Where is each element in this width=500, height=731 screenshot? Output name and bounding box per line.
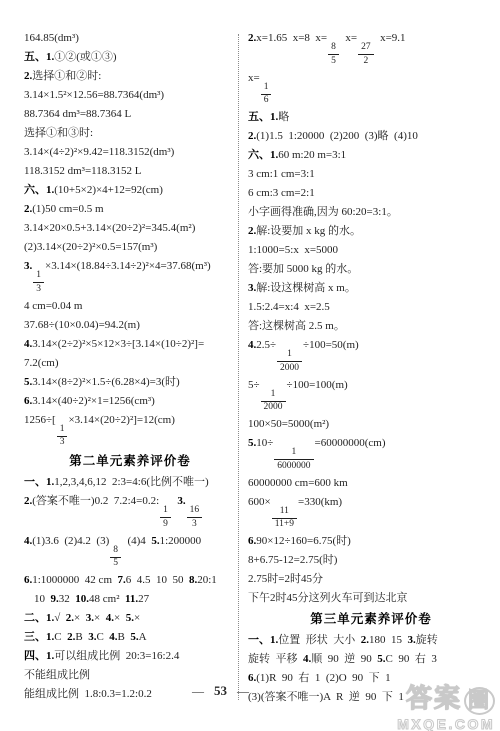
answer-line: 2.(1)1.5 1:20000 (2)200 (3)略 (4)10 [248, 130, 494, 144]
footer-dash-left: — [192, 684, 204, 698]
watermark-logo: 答案圈 [397, 685, 495, 715]
answer-text: =330(km) [298, 496, 342, 508]
answer-text: (3)(答案不唯一)A R 逆 90 下 1 [248, 691, 404, 703]
item-number: 2. [24, 70, 32, 82]
answer-line: 一、1.1,2,3,4,6,12 2:3=4:6(比例不唯一) [24, 476, 236, 490]
answer-line: 2.解:设要加 x kg 的水。 [248, 225, 494, 239]
answer-line: 五、1.①②(或①③) [24, 51, 236, 65]
item-number: 9. [51, 593, 59, 605]
answer-text: 解:设这棵树高 x m。 [256, 282, 356, 294]
answer-text: × [134, 612, 140, 624]
answer-text: 顺 90 逆 90 [311, 653, 377, 665]
item-number: 3. [408, 634, 416, 646]
answer-line: 六、1.(10+5×2)×4+12=92(cm) [24, 184, 236, 198]
answer-text: (1)3.6 (2)4.2 (3) [32, 535, 109, 547]
answer-line: 5.10÷16000000=60000000(cm) [248, 437, 494, 471]
answer-text: 选择①和②时: [32, 70, 101, 82]
answer-text: 不能组成比例 [24, 669, 90, 681]
left-column: 164.85(dm³)五、1.①②(或①③)2.选择①和②时:3.14×1.5²… [24, 32, 236, 707]
item-number: 三、1. [24, 631, 54, 643]
answer-line: 37.68÷(10×0.04)=94.2(m) [24, 319, 236, 333]
section-heading: 第三单元素养评价卷 [248, 613, 494, 627]
answer-text: 下午2时45分这列火车可到达北京 [248, 592, 408, 604]
answer-text: 4 cm=0.04 m [24, 300, 82, 312]
answer-line: 600×1111+9=330(km) [248, 496, 494, 530]
item-number: 6. [248, 672, 256, 684]
answer-text: 6 cm:3 cm=2:1 [248, 187, 315, 199]
item-number: 4. [24, 338, 32, 350]
answer-text: ÷100=100(m) [287, 379, 348, 391]
item-number: 2. [361, 634, 369, 646]
answer-text: 3.14×1.5²×12.56=88.7364(dm³) [24, 89, 164, 101]
item-number: 5. [248, 437, 256, 449]
item-number: 5. [151, 535, 159, 547]
answer-line: 2.(1)50 cm=0.5 m [24, 203, 236, 217]
fraction: 16000000 [274, 448, 313, 471]
answer-text: 164.85(dm³) [24, 32, 79, 44]
answer-line: 10 9.32 10.48 cm² 11.27 [24, 593, 236, 607]
answer-text: (答案不唯一)0.2 7.2:4=0.2: [32, 495, 159, 507]
answer-text: 略 [278, 111, 289, 123]
answer-line: 3.解:设这棵树高 x m。 [248, 282, 494, 296]
answer-text: 1.5:2.4=x:4 x=2.5 [248, 301, 330, 313]
watermark-brand-text: 答案 [406, 683, 462, 713]
item-number: 五、1. [248, 111, 278, 123]
answer-line: 2.(答案不唯一)0.2 7.2:4=0.2:19 3.163 [24, 495, 236, 529]
item-number: 5. [377, 653, 385, 665]
answer-line: 3.14×(4÷2)²×9.42=118.3152(dm³) [24, 146, 236, 160]
answer-text: 60000000 cm=600 km [248, 477, 348, 489]
answer-line: 4 cm=0.04 m [24, 300, 236, 314]
fraction: 163 [187, 506, 203, 529]
right-column: 2.x=1.65 x=8 x=85 x=272 x=9.1x=16五、1.略2.… [248, 32, 494, 710]
fraction: 16 [261, 83, 272, 106]
answer-line: 选择①和③时: [24, 127, 236, 141]
answer-line: 四、1.可以组成比例 20:3=16:2.4 [24, 650, 236, 664]
answer-line: 三、1.C 2.B 3.C 4.B 5.A [24, 631, 236, 645]
item-number: 一、1. [24, 476, 54, 488]
answer-text: 60 m:20 m=3:1 [278, 149, 346, 161]
answer-text: ×3.14×(20÷2)²]=12(cm) [68, 414, 174, 426]
answer-text: 48 cm² [89, 593, 125, 605]
item-number: 5. [24, 376, 32, 388]
answer-line: 答:要加 5000 kg 的水。 [248, 263, 494, 277]
item-number: 6. [248, 535, 256, 547]
answer-text: B [118, 631, 131, 643]
answer-line: 小字画得准确,因为 60:20=3:1。 [248, 206, 494, 220]
answer-line: 3.13×3.14×(18.84÷3.14÷2)²×4=37.68(m³) [24, 260, 236, 294]
item-number: 7. [118, 574, 126, 586]
answer-line: 118.3152 dm³=118.3152 L [24, 165, 236, 179]
answer-line: x=16 [248, 72, 494, 106]
answer-text: x=9.1 [375, 32, 406, 44]
fraction: 85 [110, 546, 121, 569]
answer-line: 100×50=5000(m²) [248, 418, 494, 432]
answer-line: 2.75时=2时45分 [248, 573, 494, 587]
item-number: 3. [248, 282, 256, 294]
answer-line: 164.85(dm³) [24, 32, 236, 46]
answer-text: B [75, 631, 88, 643]
answer-line: 1:1000=5:x x=5000 [248, 244, 494, 258]
answer-line: 8+6.75-12=2.75(时) [248, 554, 494, 568]
answer-text: 1256÷[ [24, 414, 56, 426]
answer-text: 3.14×20×0.5+3.14×(20÷2)²=345.4(m²) [24, 222, 195, 234]
answer-text: =60000000(cm) [315, 437, 386, 449]
answer-line: 不能组成比例 [24, 669, 236, 683]
answer-line: 6 cm:3 cm=2:1 [248, 187, 494, 201]
item-number: 二、1. [24, 612, 54, 624]
item-number: 3. [177, 495, 185, 507]
answer-text: (2)3.14×(20÷2)²×0.5=157(m³) [24, 241, 157, 253]
answer-line: 六、1.60 m:20 m=3:1 [248, 149, 494, 163]
item-number: 11. [125, 593, 138, 605]
answer-line: 3 cm:1 cm=3:1 [248, 168, 494, 182]
answer-text: 20:1 [197, 574, 217, 586]
answer-line: 2.选择①和②时: [24, 70, 236, 84]
item-number: 5. [126, 612, 134, 624]
item-number: 一、1. [248, 634, 278, 646]
answer-line: 下午2时45分这列火车可到达北京 [248, 592, 494, 606]
fraction: 13 [33, 271, 44, 294]
answer-text: (1)R 90 右 1 (2)O 90 下 1 [256, 672, 390, 684]
answer-text: 旋转 平移 [248, 653, 303, 665]
answer-line: 5÷12000÷100=100(m) [248, 379, 494, 413]
column-divider [238, 34, 239, 700]
answer-line: 6.90×12÷160=6.75(时) [248, 535, 494, 549]
item-number: 五、1. [24, 51, 54, 63]
answer-text: C [96, 631, 109, 643]
answer-text: 8+6.75-12=2.75(时) [248, 554, 337, 566]
item-number: 3. [86, 612, 94, 624]
answer-line: 二、1.√ 2.× 3.× 4.× 5.× [24, 612, 236, 626]
answer-text: (1)50 cm=0.5 m [32, 203, 103, 215]
answer-text: 可以组成比例 20:3=16:2.4 [54, 650, 179, 662]
answer-line: 4.3.14×(2÷2)²×5×12×3÷[3.14×(10÷2)²]= [24, 338, 236, 352]
answer-line: 6.1:1000000 42 cm 7.6 4.5 10 50 8.20:1 [24, 574, 236, 588]
answer-text: 能组成比例 1.8:0.3=1.2:0.2 [24, 688, 152, 700]
answer-text: 7.2(cm) [24, 357, 59, 369]
answer-text: 5÷ [248, 379, 260, 391]
item-number: 6. [24, 574, 32, 586]
answer-text: 位置 形状 大小 [278, 634, 361, 646]
answer-line: (2)3.14×(20÷2)²×0.5=157(m³) [24, 241, 236, 255]
item-number: 3. [24, 260, 32, 272]
answer-text: 6 4.5 10 50 [126, 574, 189, 586]
item-number: 四、1. [24, 650, 54, 662]
answer-text: 旋转 [416, 634, 438, 646]
footer-dash-right: — [237, 684, 249, 698]
answer-text: 1:1000000 42 cm [32, 574, 117, 586]
item-number: 六、1. [248, 149, 278, 161]
answer-line: 旋转 平移 4.顺 90 逆 90 5.C 90 右 3 [248, 653, 494, 667]
answer-text: 3.14×(40÷2)²×1=1256(cm³) [32, 395, 155, 407]
answer-text: 10÷ [256, 437, 273, 449]
answer-text: 2.5÷ [256, 339, 276, 351]
answer-line: 5.3.14×(8÷2)²×1.5÷(6.28×4)=3(时) [24, 376, 236, 390]
answer-line: 7.2(cm) [24, 357, 236, 371]
answer-line: 1.5:2.4=x:4 x=2.5 [248, 301, 494, 315]
section-heading: 第二单元素养评价卷 [24, 455, 236, 469]
answer-text: C 90 右 3 [386, 653, 437, 665]
fraction: 272 [358, 43, 374, 66]
answer-text: 3.14×(2÷2)²×5×12×3÷[3.14×(10÷2)²]= [32, 338, 204, 350]
item-number: 6. [24, 395, 32, 407]
answer-text: 88.7364 dm³=88.7364 L [24, 108, 131, 120]
item-number: 4. [248, 339, 256, 351]
item-number: 2. [248, 225, 256, 237]
item-number: 8. [189, 574, 197, 586]
answer-text: x= [340, 32, 357, 44]
answer-text: 解:设要加 x kg 的水。 [256, 225, 361, 237]
item-number: 10. [75, 593, 89, 605]
answer-text: 1:200000 [160, 535, 202, 547]
answer-line: 6.3.14×(40÷2)²×1=1256(cm³) [24, 395, 236, 409]
answer-text: 180 15 [369, 634, 408, 646]
item-number: 2. [66, 612, 74, 624]
watermark-site: MXQE.COM [397, 717, 495, 731]
answer-text: 3 cm:1 cm=3:1 [248, 168, 315, 180]
answer-text: × [114, 612, 126, 624]
item-number: 4. [24, 535, 32, 547]
answer-text: 选择①和③时: [24, 127, 93, 139]
answer-text: 2.75时=2时45分 [248, 573, 323, 585]
watermark: 答案圈 MXQE.COM [397, 685, 495, 731]
item-number: 4. [106, 612, 114, 624]
answer-text: 3.14×(8÷2)²×1.5÷(6.28×4)=3(时) [32, 376, 179, 388]
item-number: 六、1. [24, 184, 54, 196]
answer-line: 1256÷[13×3.14×(20÷2)²]=12(cm) [24, 414, 236, 448]
item-number: 4. [303, 653, 311, 665]
answer-text: x=1.65 x=8 x= [256, 32, 327, 44]
fraction: 12000 [277, 350, 302, 373]
fraction: 12000 [261, 390, 286, 413]
page-footer: —53— [192, 683, 249, 699]
answer-line: 一、1.位置 形状 大小 2.180 15 3.旋转 [248, 634, 494, 648]
answer-text: 第三单元素养评价卷 [310, 612, 432, 626]
answer-text: 小字画得准确,因为 60:20=3:1。 [248, 206, 398, 218]
answer-line: 60000000 cm=600 km [248, 477, 494, 491]
answer-line: 3.14×1.5²×12.56=88.7364(dm³) [24, 89, 236, 103]
answer-text: 600× [248, 496, 271, 508]
answer-text: × [74, 612, 86, 624]
answer-text: 90×12÷160=6.75(时) [256, 535, 351, 547]
item-number: 4. [109, 631, 117, 643]
item-number: 2. [248, 130, 256, 142]
answer-text: 答:这棵树高 2.5 m。 [248, 320, 345, 332]
answer-text: 第二单元素养评价卷 [69, 454, 191, 468]
item-number: 2. [24, 203, 32, 215]
answer-text: √ [54, 612, 66, 624]
answer-text: C [54, 631, 67, 643]
answer-line: 88.7364 dm³=88.7364 L [24, 108, 236, 122]
answer-text: ÷100=50(m) [303, 339, 359, 351]
answer-text: 118.3152 dm³=118.3152 L [24, 165, 141, 177]
answer-text: × [94, 612, 106, 624]
fraction: 1111+9 [272, 507, 297, 530]
answer-text: 32 [59, 593, 76, 605]
answer-text: ×3.14×(18.84÷3.14÷2)²×4=37.68(m³) [45, 260, 211, 272]
answer-text: 27 [138, 593, 149, 605]
item-number: 2. [248, 32, 256, 44]
answer-text: (4)4 [122, 535, 151, 547]
answer-text: 答:要加 5000 kg 的水。 [248, 263, 358, 275]
page-number: 53 [204, 683, 237, 698]
answer-line: 2.x=1.65 x=8 x=85 x=272 x=9.1 [248, 32, 494, 66]
answer-text: ①②(或①③) [54, 51, 116, 63]
answer-line: 3.14×20×0.5+3.14×(20÷2)²=345.4(m²) [24, 222, 236, 236]
answer-line: 4.(1)3.6 (2)4.2 (3)85 (4)4 5.1:200000 [24, 535, 236, 569]
answer-line: 4.2.5÷12000÷100=50(m) [248, 339, 494, 373]
fraction: 85 [328, 43, 339, 66]
answer-text: 37.68÷(10×0.04)=94.2(m) [24, 319, 140, 331]
answer-text: (1)1.5 1:20000 (2)200 (3)略 (4)10 [256, 130, 418, 142]
watermark-circle-icon: 圈 [464, 687, 495, 715]
answer-line: 五、1.略 [248, 111, 494, 125]
item-number: 2. [24, 495, 32, 507]
answer-text: 100×50=5000(m²) [248, 418, 329, 430]
item-number: 5. [130, 631, 138, 643]
answer-text: 3.14×(4÷2)²×9.42=118.3152(dm³) [24, 146, 174, 158]
answer-text: x= [248, 72, 260, 84]
answer-line: 答:这棵树高 2.5 m。 [248, 320, 494, 334]
answer-text: A [139, 631, 147, 643]
answer-text: 1:1000=5:x x=5000 [248, 244, 338, 256]
answer-text: 10 [34, 593, 51, 605]
fraction: 13 [57, 425, 68, 448]
answer-text: (10+5×2)×4+12=92(cm) [54, 184, 163, 196]
answer-text: 1,2,3,4,6,12 2:3=4:6(比例不唯一) [54, 476, 208, 488]
fraction: 19 [160, 506, 171, 529]
